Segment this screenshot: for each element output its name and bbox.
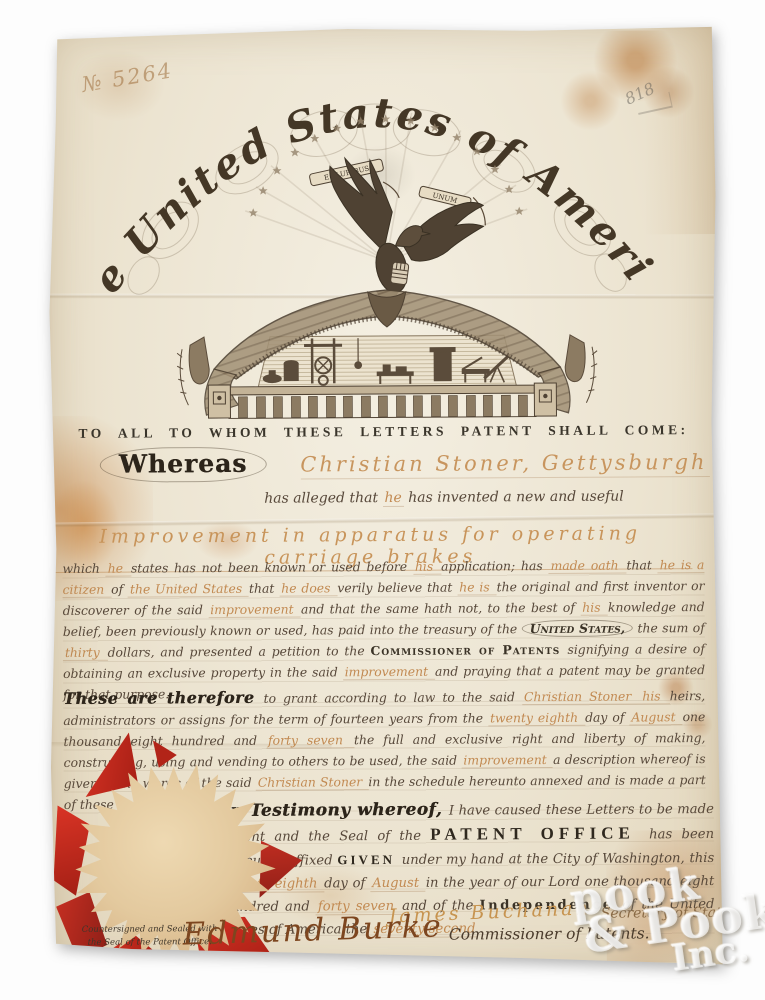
- salutation-line: TO ALL TO WHOM THESE LETTERS PATENT SHAL…: [48, 422, 720, 442]
- text-segment: thirty: [63, 645, 108, 661]
- text-segment: he does: [279, 580, 337, 596]
- pavilion-interior: [258, 335, 516, 387]
- text-segment: twenty eighth: [488, 710, 585, 727]
- text-segment: states has not been known or used before: [131, 559, 413, 576]
- text-segment: has alleged that: [264, 490, 382, 507]
- text-segment: his: [413, 559, 441, 575]
- text-segment: he is: [457, 579, 496, 595]
- auction-watermark: pook & Pook Inc.: [569, 853, 765, 988]
- text-segment: August: [629, 709, 682, 725]
- text-segment: to grant according to law to the said: [264, 689, 523, 706]
- text-segment: application; has: [441, 558, 549, 574]
- text-segment: which: [62, 561, 105, 576]
- patent-office-vignette: E PLURIBUS UNUM: [170, 85, 602, 420]
- text-segment: and that the same hath not, to the best …: [301, 600, 580, 617]
- text-segment: dollars, and presented a petition to the: [108, 643, 371, 660]
- text-segment: August: [370, 876, 426, 892]
- text-segment: PATENT OFFICE: [430, 823, 649, 843]
- grantee-name: Christian Stoner, Gettysburgh Pennsylvan…: [300, 450, 710, 480]
- text-segment: his: [640, 688, 669, 704]
- parchment-sheet: № 5264 818 The United States of America.: [45, 24, 723, 976]
- text-segment: United States,: [522, 619, 634, 637]
- text-segment: he: [382, 490, 403, 507]
- text-segment: day of: [324, 876, 370, 891]
- seal-ribbon-fragment: [49, 805, 91, 896]
- text-segment: that: [249, 581, 279, 596]
- text-segment: Commissioner of Patents: [370, 642, 567, 658]
- text-segment: that: [626, 557, 657, 572]
- text-segment: Christian Stoner: [522, 688, 640, 705]
- balustrade-base: [208, 383, 556, 419]
- text-segment: These are therefore: [63, 688, 263, 708]
- whereas-label: Whereas: [100, 447, 267, 483]
- text-segment: day of: [585, 710, 629, 725]
- text-segment: GIVEN: [337, 852, 401, 867]
- alleged-line: has alleged that he has invented a new a…: [48, 488, 720, 508]
- text-segment: of: [111, 582, 128, 597]
- text-segment: forty seven: [266, 732, 354, 749]
- text-segment: has invented a new and useful: [404, 489, 624, 506]
- text-segment: verily believe that: [337, 580, 457, 596]
- commissioner-signature: Edmund Burke: [182, 908, 443, 952]
- photo-background: № 5264 818 The United States of America.: [0, 0, 765, 1000]
- oath-paragraph: which he states has not been known or us…: [62, 554, 705, 705]
- text-segment: made oath: [549, 558, 627, 574]
- whereas-row: Whereas Christian Stoner, Gettysburgh Pe…: [100, 444, 710, 483]
- text-segment: improvement: [343, 664, 435, 681]
- text-segment: he: [106, 561, 131, 577]
- text-segment: improvement: [461, 752, 553, 769]
- text-segment: his: [580, 600, 608, 616]
- patent-document: № 5264 818 The United States of America.: [48, 26, 720, 974]
- text-segment: the sum of: [633, 620, 705, 635]
- text-segment: the United States: [128, 581, 249, 598]
- text-segment: improvement: [208, 602, 301, 619]
